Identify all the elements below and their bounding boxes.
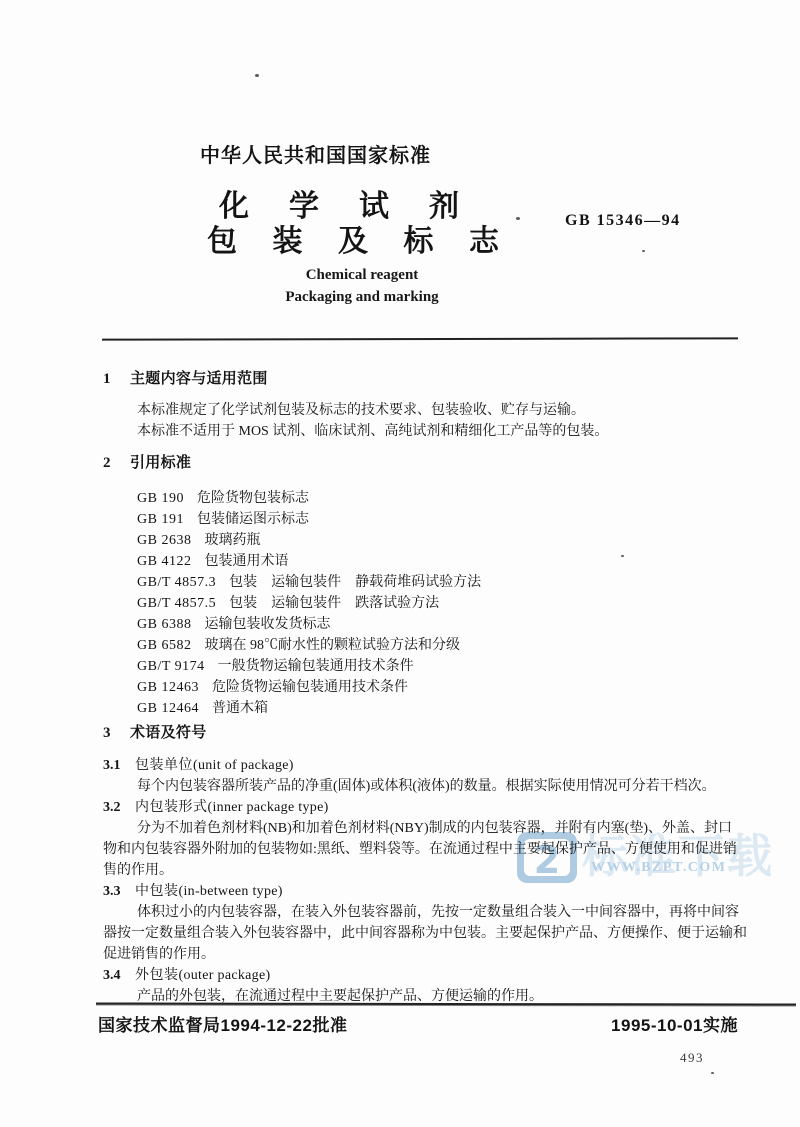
document-title-line2: 包装及标志	[207, 226, 499, 258]
title-char: 化	[219, 191, 249, 223]
document-page: 2 标准下载 WWW.BZPT.COM 中华人民共和国国家标准 化学试剂 包装及…	[0, 0, 800, 1127]
reference-title: 普通木箱	[212, 701, 268, 716]
term-name-en: (unit of package)	[193, 758, 294, 773]
term-name-zh: 内包装形式	[135, 800, 208, 815]
reference-code: GB 4122	[137, 551, 191, 572]
reference-item: GB/T 4857.5包装 运输包装件 跌落试验方法	[103, 593, 763, 614]
term-definition-line: 体积过小的内包装容器，在装入外包装容器前，先按一定数量组合装入一中间容器中，再将…	[103, 902, 763, 923]
section-title: 引用标准	[130, 454, 191, 471]
reference-item: GB/T 9174一般货物运输包装通用技术条件	[103, 656, 763, 677]
scan-speck	[516, 217, 520, 220]
reference-item: GB 2638玻璃药瓶	[103, 530, 763, 551]
term-name-en: (inner package type)	[208, 800, 329, 815]
reference-item: GB 191包装储运图示标志	[103, 509, 763, 530]
term-number: 3.4	[103, 965, 135, 986]
title-char: 试	[359, 191, 389, 223]
document-body: 1主题内容与适用范围本标准规定了化学试剂包装及标志的技术要求、包装验收、贮存与运…	[103, 357, 763, 1007]
approval-note: 国家技术监督局1994-12-22批准	[98, 1011, 347, 1036]
document-title-line1: 化学试剂	[219, 191, 459, 223]
reference-code: GB 12463	[137, 677, 199, 698]
section-number: 2	[103, 453, 130, 474]
term-heading: 3.3中包装(in-between type)	[103, 881, 763, 902]
term-definition-line: 器按一定数量组合装入外包装容器中，此中间容器称为中包装。主要起保护产品、方便操作…	[103, 923, 763, 944]
term-number: 3.2	[103, 797, 135, 818]
reference-title: 危险货物运输包装通用技术条件	[212, 680, 408, 695]
title-char: 装	[273, 226, 303, 258]
page-number: 493	[680, 1050, 704, 1066]
section-heading: 1主题内容与适用范围	[103, 368, 763, 389]
reference-code: GB 6582	[137, 635, 191, 656]
reference-code: GB 2638	[137, 530, 191, 551]
header-rule	[102, 337, 738, 340]
section-number: 3	[103, 723, 130, 744]
standard-number: GB 15346—94	[565, 212, 681, 230]
term-number: 3.3	[103, 881, 135, 902]
term-name-zh: 外包装	[135, 968, 179, 983]
term-name-zh: 中包装	[135, 884, 179, 899]
term-definition-line: 分为不加着色剂材料(NB)和加着色剂材料(NBY)制成的内包装容器，并附有内塞(…	[103, 818, 763, 839]
reference-title: 一般货物运输包装通用技术条件	[218, 659, 414, 674]
reference-title: 包装储运图示标志	[197, 512, 309, 527]
reference-title: 玻璃药瓶	[204, 533, 260, 548]
reference-code: GB/T 9174	[137, 656, 205, 677]
scanned-content-layer: 中华人民共和国国家标准 化学试剂 包装及标志 GB 15346—94 Chemi…	[0, 0, 800, 1127]
term-name-zh: 包装单位	[135, 758, 193, 773]
title-char: 学	[289, 191, 319, 223]
title-char: 及	[338, 226, 368, 258]
scan-speck	[255, 74, 259, 77]
section-heading: 3术语及符号	[103, 722, 763, 743]
title-char: 包	[207, 226, 237, 258]
term-heading: 3.1包装单位(unit of package)	[103, 755, 763, 776]
term-definition-line: 物和内包装容器外附加的包装物如:黑纸、塑料袋等。在流通过程中主要起保护产品、方便…	[103, 839, 763, 860]
implementation-note: 1995-10-01实施	[611, 1011, 738, 1036]
reference-title: 包装 运输包装件 静载荷堆码试验方法	[229, 575, 481, 590]
reference-code: GB 12464	[137, 698, 199, 719]
paragraph-line: 本标准规定了化学试剂包装及标志的技术要求、包装验收、贮存与运输。	[103, 400, 763, 421]
paragraph-line: 本标准不适用于 MOS 试剂、临床试剂、高纯试剂和精细化工产品等的包装。	[103, 421, 763, 442]
title-char: 剂	[429, 191, 459, 223]
reference-title: 危险货物包装标志	[197, 491, 309, 506]
reference-title: 运输包装收发货标志	[204, 617, 330, 632]
reference-code: GB 190	[137, 488, 184, 509]
reference-code: GB/T 4857.3	[137, 572, 216, 593]
title-char: 志	[469, 226, 499, 258]
reference-code: GB 6388	[137, 614, 191, 635]
reference-item: GB/T 4857.3包装 运输包装件 静载荷堆码试验方法	[103, 572, 763, 593]
section-number: 1	[103, 369, 130, 390]
section-heading: 2引用标准	[103, 452, 763, 473]
scan-speck	[711, 1072, 714, 1074]
reference-code: GB/T 4857.5	[137, 593, 216, 614]
section-title: 主题内容与适用范围	[130, 370, 268, 387]
reference-item: GB 190危险货物包装标志	[103, 488, 763, 509]
title-char: 标	[404, 226, 434, 258]
term-heading: 3.4外包装(outer package)	[103, 965, 763, 986]
scan-speck	[621, 555, 624, 557]
term-definition-line: 售的作用。	[103, 860, 763, 881]
scan-speck	[642, 250, 645, 252]
english-title: Chemical reagent Packaging and marking	[212, 264, 512, 308]
reference-item: GB 6388运输包装收发货标志	[103, 614, 763, 635]
term-definition-line: 促进销售的作用。	[103, 944, 763, 965]
reference-item: GB 4122包装通用术语	[103, 551, 763, 572]
reference-title: 包装 运输包装件 跌落试验方法	[229, 596, 439, 611]
reference-item: GB 12463危险货物运输包装通用技术条件	[103, 677, 763, 698]
term-name-en: (outer package)	[179, 968, 271, 983]
term-definition-line: 每个内包装容器所装产品的净重(固体)或体积(液体)的数量。根据实际使用情况可分若…	[103, 776, 763, 797]
term-number: 3.1	[103, 755, 135, 776]
reference-code: GB 191	[137, 509, 184, 530]
reference-item: GB 12464普通木箱	[103, 698, 763, 719]
reference-item: GB 6582玻璃在 98℃耐水性的颗粒试验方法和分级	[103, 635, 763, 656]
reference-title: 玻璃在 98℃耐水性的颗粒试验方法和分级	[204, 638, 460, 653]
english-title-line2: Packaging and marking	[212, 286, 512, 308]
english-title-line1: Chemical reagent	[212, 264, 512, 286]
section-title: 术语及符号	[130, 724, 207, 741]
term-name-en: (in-between type)	[179, 884, 283, 899]
reference-title: 包装通用术语	[204, 554, 288, 569]
term-heading: 3.2内包装形式(inner package type)	[103, 797, 763, 818]
national-standard-label: 中华人民共和国国家标准	[200, 139, 431, 168]
